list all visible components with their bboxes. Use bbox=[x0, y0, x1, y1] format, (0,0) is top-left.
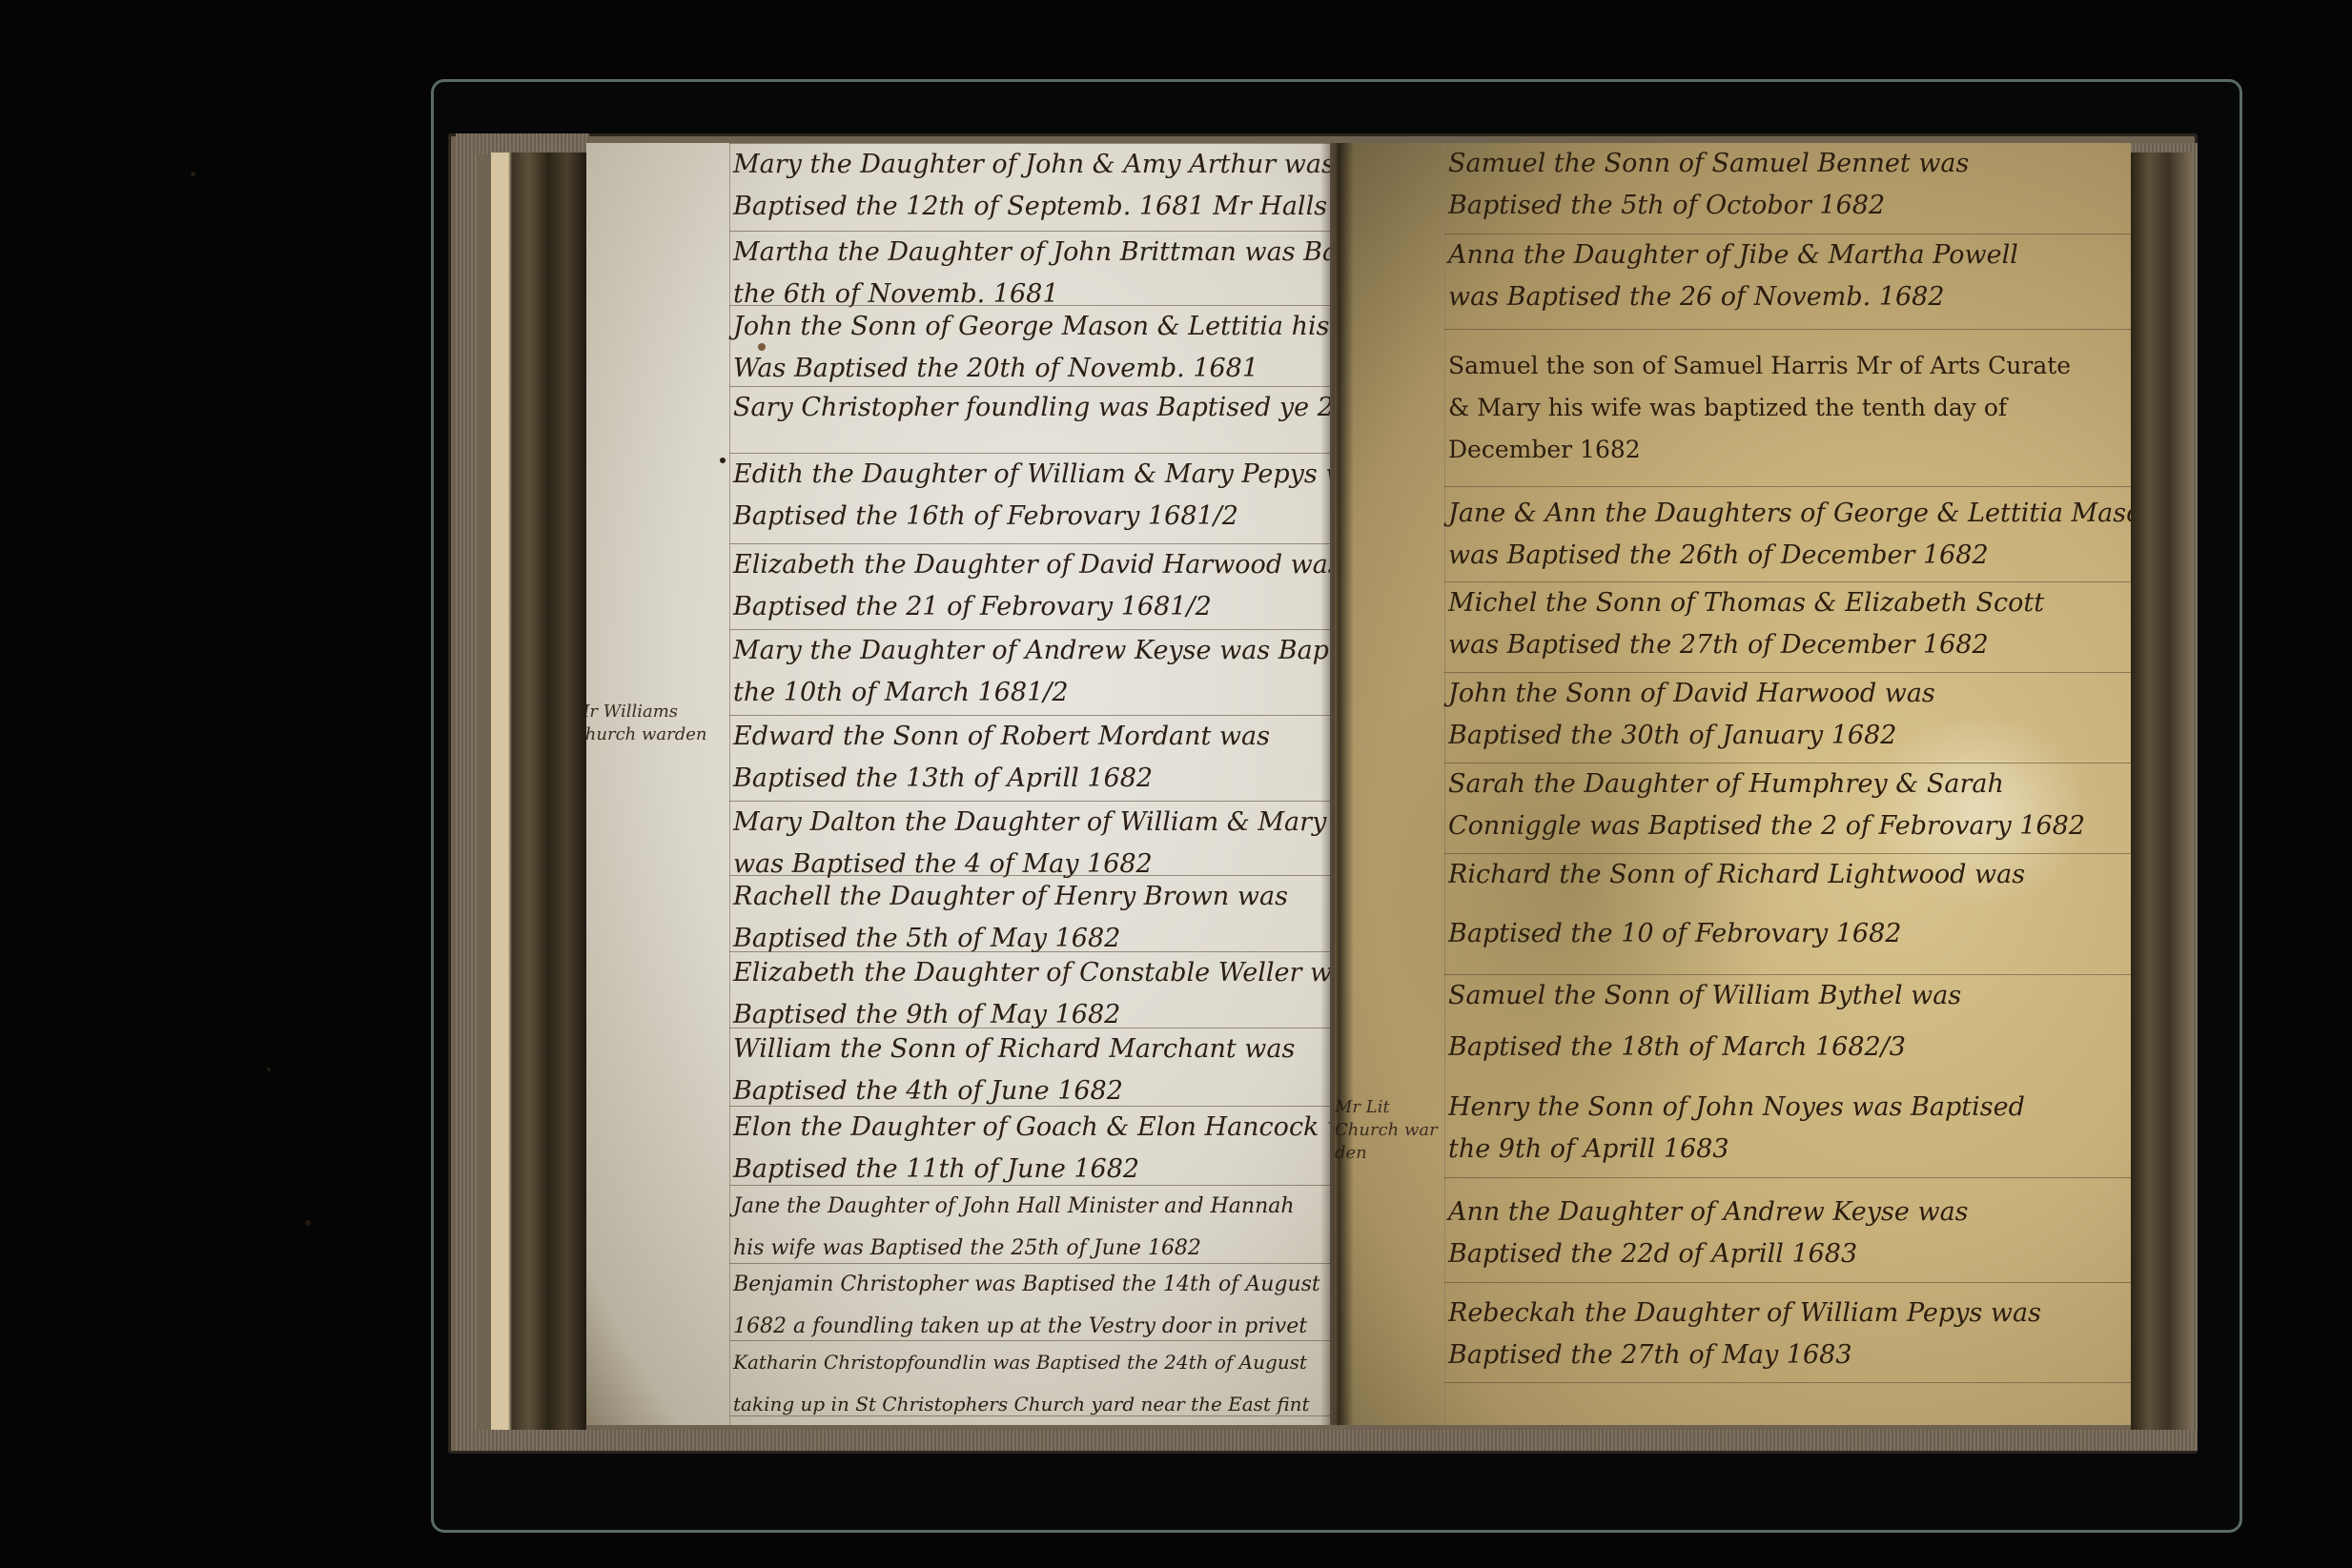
entry-line: the 10th of March 1681/2 bbox=[733, 672, 1330, 714]
baptism-entry: Elon the Daughter of Goach & Elon Hancoc… bbox=[729, 1106, 1330, 1191]
entry-line: Was Baptised the 20th of Novemb. 1681 bbox=[733, 348, 1330, 390]
entry-line: Jane the Daughter of Griffith & Elizabet… bbox=[733, 1416, 1330, 1425]
baptism-entry: Samuel the son of Samuel Harris Mr of Ar… bbox=[1444, 329, 2131, 471]
entry-line: Samuel the Sonn of Samuel Bennet was bbox=[1448, 143, 2131, 185]
entry-line: Katharin Christopfoundlin was Baptised t… bbox=[733, 1341, 1330, 1383]
background-speck bbox=[267, 1068, 271, 1071]
entry-line: Anna the Daughter of Jibe & Martha Powel… bbox=[1448, 234, 2131, 276]
baptism-entry: Richard the Sonn of Richard Lightwood wa… bbox=[1444, 853, 2131, 955]
baptism-entry: Michel the Sonn of Thomas & Elizabeth Sc… bbox=[1444, 581, 2131, 666]
entry-line: Conniggle was Baptised the 2 of Febrovar… bbox=[1448, 805, 2131, 847]
entry-line: Baptised the 30th of January 1682 bbox=[1448, 715, 2131, 757]
background-speck bbox=[191, 172, 195, 176]
entry-line: Baptised the 10 of Febrovary 1682 bbox=[1448, 913, 2131, 955]
baptism-entry: Jane the Daughter of Griffith & Elizabet… bbox=[729, 1415, 1330, 1425]
entry-line: Mary the Daughter of John & Amy Arthur w… bbox=[733, 144, 1330, 186]
left-page: Mr Williams Church warden Mary the Daugh… bbox=[586, 143, 1330, 1425]
baptism-entry: Henry the Sonn of John Noyes was Baptise… bbox=[1444, 1087, 2131, 1171]
baptism-entry: Samuel the Sonn of Samuel Bennet was Bap… bbox=[1444, 143, 2131, 227]
baptism-entry: Mary Dalton the Daughter of William & Ma… bbox=[729, 801, 1330, 886]
baptism-entry: William the Sonn of Richard Marchant was… bbox=[729, 1028, 1330, 1112]
entry-line: Martha the Daughter of John Brittman was… bbox=[733, 232, 1330, 274]
right-page: Mr Lit Church war den Samuel the Sonn of… bbox=[1335, 143, 2131, 1425]
baptism-entry: John the Sonn of George Mason & Lettitia… bbox=[729, 305, 1330, 390]
ink-spot bbox=[720, 458, 726, 463]
entry-line: Edith the Daughter of William & Mary Pep… bbox=[733, 454, 1330, 496]
baptism-entry: Samuel the Sonn of William Bythel was Ba… bbox=[1444, 974, 2131, 1069]
margin-note-line: Church warden bbox=[586, 723, 706, 746]
entry-line: Samuel the son of Samuel Harris Mr of Ar… bbox=[1448, 345, 2131, 387]
entry-line: was Baptised the 27th of December 1682 bbox=[1448, 624, 2131, 666]
margin-note-line: Mr Williams bbox=[586, 701, 706, 723]
entry-line: was Baptised the 26th of December 1682 bbox=[1448, 535, 2131, 577]
entry-line: Jane the Daughter of John Hall Minister … bbox=[733, 1186, 1330, 1228]
entry-line: John the Sonn of David Harwood was bbox=[1448, 673, 2131, 715]
background-speck bbox=[305, 1220, 311, 1226]
entry-line: the 9th of Aprill 1683 bbox=[1448, 1129, 2131, 1171]
margin-note-churchwarden: Mr Williams Church warden bbox=[586, 701, 706, 746]
baptism-entry: John the Sonn of David Harwood was Bapti… bbox=[1444, 672, 2131, 757]
entry-line: Richard the Sonn of Richard Lightwood wa… bbox=[1448, 854, 2131, 896]
entry-line: Edward the Sonn of Robert Mordant was bbox=[733, 716, 1330, 758]
entry-line: Sary Christopher foundling was Baptised … bbox=[733, 387, 1330, 429]
entry-line: was Baptised the 26 of Novemb. 1682 bbox=[1448, 276, 2131, 318]
entry-line: Rachell the Daughter of Henry Brown was bbox=[733, 876, 1330, 918]
baptism-entry: Sary Christopher foundling was Baptised … bbox=[729, 386, 1330, 429]
baptism-entry: Jane the Daughter of John Hall Minister … bbox=[729, 1185, 1330, 1270]
baptism-entry: Martha the Daughter of John Brittman was… bbox=[729, 231, 1330, 316]
baptism-entry: Katharin Christopfoundlin was Baptised t… bbox=[729, 1340, 1330, 1425]
baptism-entry: Edith the Daughter of William & Mary Pep… bbox=[729, 453, 1330, 538]
entry-line: Baptised the 5th of Octobor 1682 bbox=[1448, 185, 2131, 227]
baptism-entry: Elizabeth the Daughter of Constable Well… bbox=[729, 951, 1330, 1036]
cloth-binding-bottom bbox=[456, 1430, 2198, 1451]
entry-line: Baptised the 16th of Febrovary 1681/2 bbox=[733, 496, 1330, 538]
page-block-edge-right bbox=[2131, 153, 2193, 1430]
entry-line: Samuel the Sonn of William Bythel was bbox=[1448, 975, 2131, 1017]
baptism-entry: Mary the Daughter of Andrew Keyse was Ba… bbox=[729, 629, 1330, 714]
entry-line: Baptised the 27th of May 1683 bbox=[1448, 1334, 2131, 1376]
entry-line: Elizabeth the Daughter of David Harwood … bbox=[733, 544, 1330, 586]
baptism-entry: Benjamin Christopher was Baptised the 14… bbox=[729, 1263, 1330, 1348]
baptism-entry: Rachell the Daughter of Henry Brown was … bbox=[729, 875, 1330, 960]
book-gutter bbox=[1320, 143, 1354, 1425]
cloth-binding-left bbox=[456, 133, 477, 1449]
entry-line: John the Sonn of George Mason & Lettitia… bbox=[733, 306, 1330, 348]
entry-line: Baptised the 22d of Aprill 1683 bbox=[1448, 1233, 2131, 1275]
baptism-entry: Ann the Daughter of Andrew Keyse was Bap… bbox=[1444, 1177, 2131, 1275]
entry-line: Baptised the 13th of Aprill 1682 bbox=[733, 758, 1330, 800]
baptism-entry: Sarah the Daughter of Humphrey & Sarah C… bbox=[1444, 763, 2131, 847]
baptism-entry: Elizabeth the Daughter of David Harwood … bbox=[729, 543, 1330, 628]
entry-line: Mary Dalton the Daughter of William & Ma… bbox=[733, 802, 1330, 844]
entry-line: Baptised the 12th of Septemb. 1681 Mr Ha… bbox=[733, 186, 1330, 228]
entry-line: Jane & Ann the Daughters of George & Let… bbox=[1448, 493, 2131, 535]
entry-line: Elizabeth the Daughter of Constable Well… bbox=[733, 952, 1330, 994]
entry-line: December 1682 bbox=[1448, 429, 2131, 471]
baptism-entry: Jane & Ann the Daughters of George & Let… bbox=[1444, 486, 2131, 577]
entry-line: Mary the Daughter of Andrew Keyse was Ba… bbox=[733, 630, 1330, 672]
blank-ruled-line bbox=[1444, 1382, 2131, 1383]
entry-line: Henry the Sonn of John Noyes was Baptise… bbox=[1448, 1087, 2131, 1129]
entry-line: Ann the Daughter of Andrew Keyse was bbox=[1448, 1191, 2131, 1233]
baptism-entry: Mary the Daughter of John & Amy Arthur w… bbox=[729, 143, 1330, 228]
entry-line: & Mary his wife was baptized the tenth d… bbox=[1448, 387, 2131, 429]
entry-line: Baptised the 18th of March 1682/3 bbox=[1448, 1027, 2131, 1069]
entry-line: Benjamin Christopher was Baptised the 14… bbox=[733, 1264, 1330, 1306]
baptism-entry: Edward the Sonn of Robert Mordant was Ba… bbox=[729, 715, 1330, 800]
page-block-edge-left bbox=[491, 153, 586, 1430]
entry-line: Sarah the Daughter of Humphrey & Sarah bbox=[1448, 764, 2131, 805]
entry-line: Elon the Daughter of Goach & Elon Hancoc… bbox=[733, 1107, 1330, 1149]
baptism-entry: Anna the Daughter of Jibe & Martha Powel… bbox=[1444, 234, 2131, 318]
baptism-entry: Rebeckah the Daughter of William Pepys w… bbox=[1444, 1282, 2131, 1376]
entry-line: William the Sonn of Richard Marchant was bbox=[733, 1028, 1330, 1070]
entry-line: Michel the Sonn of Thomas & Elizabeth Sc… bbox=[1448, 582, 2131, 624]
entry-line: Rebeckah the Daughter of William Pepys w… bbox=[1448, 1293, 2131, 1334]
entry-line: Baptised the 21 of Febrovary 1681/2 bbox=[733, 586, 1330, 628]
